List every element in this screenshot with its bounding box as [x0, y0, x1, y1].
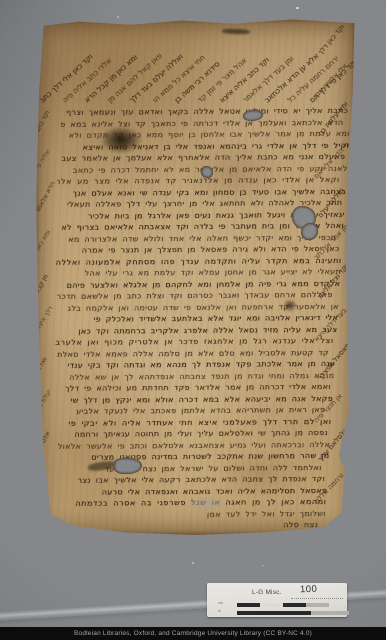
script-line: בצחבה אלשיך אבו סעיד בן סמחון ומא בקי ענ… — [56, 186, 347, 199]
script-line-diagonal: סידנא רבי משה בן — [172, 95, 181, 104]
script-line: נפסה מן גהתך שי ואלסלאם עליך ועלי מן תחו… — [40, 428, 328, 441]
main-script-block: כתבת אליך יא סידי ומולאי אטאל אללה בקאך … — [35, 105, 352, 533]
script-line-diagonal: ומא כאן מן קבל הדא — [82, 95, 91, 104]
digitized-manuscript-photo: וקד כאן אלי דלך כתבאלדי כתב אליה פיהומא … — [0, 0, 386, 640]
script-line-margin: ואללה יעלם — [316, 174, 356, 219]
script-line: נצח סלה — [35, 520, 319, 533]
script-line: קד קטעת אלסביל ומא סלם אלא מן סלמה אללה … — [46, 347, 330, 360]
script-line: וצל אלי ענדנא רגל מן אלחגאז פדכר אן אלטר… — [50, 335, 334, 348]
script-line-diagonal: פאן קאל להם אנה מן — [105, 95, 114, 104]
top-diagonal-script-block: וקד כאן אלי דלך כתבאלדי כתב אליה פיהומא … — [42, 20, 316, 106]
caption-bar: Bodleian Libraries, Oxford, and Cambridg… — [0, 627, 386, 640]
scale-unit-in: in — [218, 608, 221, 613]
script-line: וקאל אן אלדי כאן ענדה מן אלדנאניר קד אנפ… — [56, 174, 340, 187]
script-line-margin: ומא כאן — [34, 213, 62, 251]
script-line-margin: ואללה — [33, 336, 59, 375]
script-line: הדא אלכתאב ואעלמך אן אלדי דכרתה פי כתאבך… — [60, 117, 344, 130]
script-line-margin: וקד כאן דלך — [316, 12, 356, 57]
script-line-margin: יעלם בה — [34, 374, 62, 412]
script-line: לאנה וקע פי הדה אלאיאם מן אלאמור מא לא י… — [61, 163, 348, 176]
script-line: תעאלי לא יצייע אגר מן אחסן עמלא וקד עלמת… — [55, 266, 342, 279]
script-line-diagonal: ואללה יעלם בעד דלך — [127, 95, 136, 104]
script-line: ותעינה במא תקדר עליה ותקדמה ענדך פהו מסת… — [51, 255, 342, 268]
caption-text: Bodleian Libraries, Oxford, and Cambridg… — [74, 630, 312, 637]
shelfmark-number: 100 — [300, 584, 318, 596]
left-margin-script: וקד כתבאליה פיהדא אלאמרומא כאןמן קבלדלך … — [26, 110, 66, 440]
script-line: אלי דינארין אלויבה ומא יוגד אלא באלתעב א… — [48, 312, 339, 325]
script-line-margin: הדא אלאמר — [33, 175, 59, 214]
script-line: פאעלם אנני מא כתבת אליך הדה אלאחרף אלא א… — [58, 151, 346, 164]
script-line: מן שהר מרחשון שנת אתקכב לשטרות במדינה פס… — [39, 451, 330, 464]
right-margin-script: וקד כאן דלךאלי אלשיך אבוומא עלמת בהפי הד… — [310, 30, 362, 526]
script-line-margin: ומא עלמת בה — [316, 93, 356, 138]
script-line-margin: ורחמה אללה — [312, 463, 354, 506]
script-line: וקיל פי דלך אן אלדי גרי בינהמא ואנפד אלי… — [59, 140, 350, 153]
dust-speck — [117, 16, 119, 18]
script-line-diagonal: ירחם רחמה עליה כל — [285, 95, 294, 104]
collection-name: L-G Misc. — [252, 589, 282, 596]
scale-unit-cm: cm — [218, 600, 223, 605]
script-line-margin: ואלסלאם עליך — [316, 418, 356, 463]
script-line: ושלומך יגדל ואל ידל לעד אמן — [39, 508, 326, 521]
script-line: ענה מן אמר אלכתב פקד אנפדת לך מנהא מא וג… — [45, 358, 336, 371]
script-line-diagonal: ומן בעד דלך אלאמר — [240, 95, 249, 104]
script-line: ואן לם תרד דלך פאעלמני איצא חתי אעתדר אל… — [41, 416, 332, 429]
faded-patch — [191, 498, 223, 509]
script-line: אלקדס ממא גרי פיה מן אלמחן ומא לחקהם מן … — [50, 278, 341, 291]
shelfmark-label: L-G Misc. 100 cm in — [207, 583, 347, 617]
script-line: פאללהם ארחם עבאדך ואגבר כסרהם וקד וצלת כ… — [49, 289, 333, 302]
scale-bar-in — [237, 611, 349, 615]
script-line: פאסאל תסלימהא אליה ואכד גואבהא ואנפאדה א… — [37, 485, 328, 498]
script-line: כתבת אליך יא סידי ומולאי אטאל אללה בקאך … — [61, 105, 349, 118]
script-line: אן אלאסער קד ארתפעת ואן אלנאס פי שדה עטי… — [52, 301, 339, 314]
script-line: ומהמא כאן לך מן חאגה או שגל פשרפני בה אס… — [36, 497, 327, 510]
script-line-margin: פאסאל תפצלך — [316, 337, 356, 382]
script-line-diagonal: וקד כאן אלי דלך כתב — [37, 95, 46, 104]
script-line-margin: פי הדה אלאיאם — [312, 137, 354, 180]
script-line: פקאל אנה מא יביעהא אלא במא דכרה אולא ומא… — [43, 393, 334, 406]
script-line-diagonal: אהל מצר פי זמן קד — [195, 95, 204, 104]
script-line-margin: מן קבל — [33, 255, 59, 294]
script-line: כאן יסאל פי הדא ולא גירה פאסאל מן תפצלך … — [52, 243, 340, 256]
script-line: פאן ראית אן תשתריהא בהדא אלתמן פאכתב אלי… — [46, 405, 326, 418]
manuscript-fragment: וקד כאן אלי דלך כתבאלדי כתב אליה פיהומא … — [34, 18, 356, 536]
script-line-margin: דלך איצא — [34, 294, 62, 332]
script-line: ואלחמד ללה וחדה ושלום על ישראל אמן נצח ס… — [38, 462, 322, 475]
script-line: יגאזיך ען הדא ויגעל תואבך גנאת נעים פאן … — [54, 209, 345, 222]
script-line: אללה וברכאתה ועלי גמיע אצחאבנא אלסלאם וכ… — [44, 439, 331, 452]
script-line-margin: מן אמר אלכתב — [312, 219, 354, 262]
dust-speck — [262, 565, 264, 566]
dust-speck — [296, 7, 299, 9]
script-line-margin: אליה פי — [34, 133, 62, 171]
script-line-diagonal: אלא ען הדא אלכתאב — [262, 95, 271, 104]
scale-bar-cm — [237, 603, 329, 607]
script-line: ואמא אלדי דכרתה מן אמר אלדאר פקד תחדתת מ… — [43, 381, 331, 394]
script-line-diagonal: וקד כתב אליה איצא — [217, 95, 226, 104]
script-line: צער מא עליה מזיד נסאל אללה אלפרג אלקריב … — [47, 324, 338, 337]
script-line-margin: וברכאתה אמן — [316, 499, 356, 544]
script-line-margin: וקד וצל אלינא — [316, 255, 356, 300]
script-line-diagonal: אלדי כתב אליה פיה — [60, 95, 69, 104]
script-line: ואהל אלפצל ומן בית מעתבר פי בלדה וקד אצא… — [53, 220, 344, 233]
script-line: תכפי עליך ומא יקדר יכשף חאלה אלי אחד ולו… — [57, 232, 337, 245]
script-line-margin: בעד דלך איצא — [312, 300, 354, 343]
script-line-diagonal: חתי איצא כל ממא הו — [150, 95, 159, 104]
script-line: מנהא גמלה ומתי וגדת מן תנפד צחבתה אנפדתה… — [48, 370, 335, 383]
script-line-margin: אן תנצר פיה — [312, 381, 354, 424]
dust-speck — [192, 562, 194, 564]
script-line: ומא עלמת מן אמר אלשיך אבו אלחסן בן יוסף … — [63, 128, 350, 141]
script-line: תחב אלכיר לאהלה ולא תחתאג אלי מן יחרצך ע… — [59, 197, 343, 210]
script-line: וקד אנפדת לך צחבה הדא אלכתאב רקעה אלי אל… — [42, 474, 326, 487]
